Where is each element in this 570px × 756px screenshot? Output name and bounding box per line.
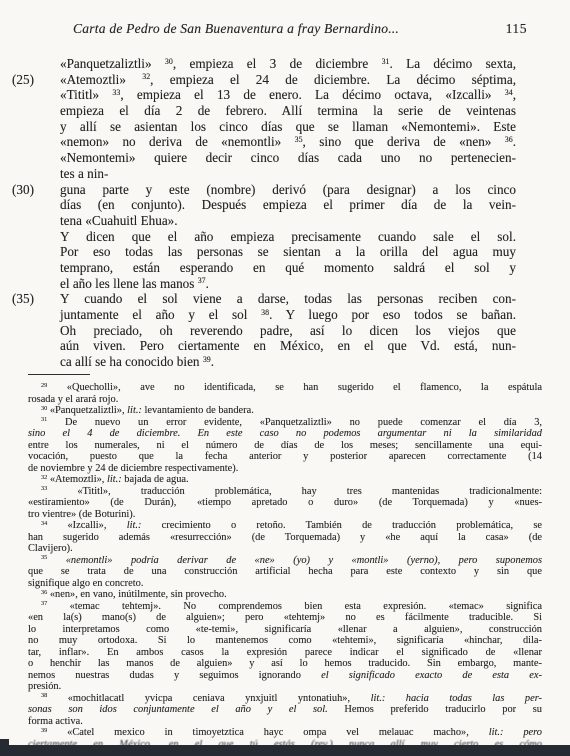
footnote-ref: 39 [41,727,47,734]
italic-text: sonas son idos conjuntamente el año y el… [28,704,328,715]
footnote-line: 38 «mochitlacatl yvicpa ceniava ynxjuitl… [28,693,542,705]
body-line: «Panquetzaliztli» 30, empieza el 3 de di… [60,56,516,72]
footnote-ref: 29 [41,382,47,389]
body-line: Y dicen que el año empieza precisamente … [60,229,516,245]
page-number: 115 [506,21,527,37]
body-line: «Tititl» 33, empieza el 13 de enero. La … [60,87,516,103]
footnotes-block: 29 «Quecholli», ave no identificada, se … [28,382,542,750]
footnote-ref: 34 [505,88,513,97]
footnote-line: lo interpretamos como «te-temi», signifi… [28,624,542,636]
footnote-line: sino el 4 de diciembre. En este caso no … [28,428,542,440]
body-line: «Nemontemi» quiere decir cinco días cada… [60,150,516,166]
body-line: temprano, están esperando en qué momento… [60,260,516,276]
footnote-line: 33 «Tititl», traducción problemática, ha… [28,486,542,498]
footnote-line: signifique algo en concreto. [28,578,542,590]
footnote-ref: 35 [41,554,47,561]
footnote-ref: 30 [41,405,47,412]
footnote-ref: 34 [41,520,47,527]
body-line: tena «Cuahuitl Ehua». [60,213,516,229]
footnote-line: 30 «Panquetzaliztli», lit.: levantamient… [28,405,542,417]
running-title: Carta de Pedro de San Buenaventura a fra… [60,21,399,37]
footnote-line: «estiramiento» (de Durán), «tiempo apret… [28,497,542,509]
footnote-ref: 38 [41,692,47,699]
footnote-line: 32 «Atemoztli», lit.: bajada de agua. [28,474,542,486]
margin-line-number: (25) [12,72,34,88]
footnote-line: sonas son idos conjuntamente el año y el… [28,704,542,716]
italic-text: sino el 4 de diciembre. En este caso no … [28,428,542,439]
footnote-line: entre los numerales, ni el número de día… [28,440,542,452]
margin-line-number: (35) [12,291,34,307]
body-line: «nemon» no deriva de «nemontli» 35, sino… [60,134,516,150]
body-text: «Panquetzaliztli» 30, empieza el 3 de di… [60,56,516,370]
footnote-ref: 30 [165,57,173,66]
footnote-ref: 37 [41,600,47,607]
footnote-line: tro vientre» (de Boturini). [28,509,542,521]
footnote-ref: 32 [41,474,47,481]
footnote-line: nemos nuestras dudas y seguimos ignorand… [28,670,542,682]
page-header: Carta de Pedro de San Buenaventura a fra… [60,21,527,37]
footnote-separator-rule [28,374,90,375]
footnote-ref: 31 [41,416,47,423]
scan-edge-notch [0,739,9,756]
italic-text: lit.: [371,693,386,704]
footnote-ref: 37 [198,276,206,285]
italic-text: «nemontli» podría derivar de «ne» (yo) y… [66,555,542,566]
italic-text: lit.: [127,405,142,416]
footnote-line: de noviembre y 24 de diciembre respectiv… [28,463,542,475]
footnote-line: o henchir las manos de alguien» y así lo… [28,658,542,670]
margin-line-number: (30) [12,182,34,198]
footnote-line: 34 «Izcalli», lit.: crecimiento o retoño… [28,520,542,532]
body-line: días (en conjunto). Después empieza el p… [60,197,516,213]
footnote-line: Clavijero). [28,543,542,555]
body-line: ca allí se ha conocido bien 39. [60,354,516,370]
footnote-line: 29 «Quecholli», ave no identificada, se … [28,382,542,394]
scan-edge-bar [0,745,570,756]
footnote-line: presión. [28,681,542,693]
body-line: Por eso todas las personas se sientan a … [60,244,516,260]
book-page: Carta de Pedro de San Buenaventura a fra… [0,0,570,756]
footnote-ref: 36 [41,589,47,596]
footnote-ref: 38 [261,308,269,317]
italic-text: lit.: [127,520,142,531]
footnote-line: «en la(s) mano(s) de alguien»; pero «teh… [28,612,542,624]
footnote-line: 37 «temac tehtemj». No comprendemos bien… [28,601,542,613]
footnote-ref: 36 [505,135,513,144]
footnote-line: no muy ortodoxa. Si lo mantenemos como «… [28,635,542,647]
italic-text: pero [523,727,542,738]
body-line: y allí se asientan los cinco días que se… [60,119,516,135]
body-line: tes a nin- [60,166,516,182]
footnote-line: han sugerido además «resurrección» (de T… [28,532,542,544]
footnote-line: forma activa. [28,716,542,728]
footnote-line: rosada y el arará rojo. [28,394,542,406]
body-line: (25)«Atemoztli» 32, empieza el 24 de dic… [60,72,516,88]
footnote-ref: 32 [142,72,150,81]
footnote-line: tar, inflar». En ambos casos la expresió… [28,647,542,659]
footnote-ref: 39 [203,355,211,364]
body-line: (30)guna parte y este (nombre) derivó (p… [60,182,516,198]
footnote-ref: 35 [295,135,303,144]
footnote-line: vocación, puesto que la fecha anterior y… [28,451,542,463]
footnote-ref: 33 [41,485,47,492]
body-line: el año les llene las manos 37. [60,276,516,292]
body-line: Oh preciado, oh reverendo padre, así lo … [60,323,516,339]
body-line: juntamente el año y el sol 38. Y luego p… [60,307,516,323]
italic-text: hacia todas las per- [406,693,542,704]
italic-text: lit.: [489,727,504,738]
body-line: (35)Y cuando el sol viene a darse, todas… [60,291,516,307]
footnote-line: que se trata de una construcción artific… [28,566,542,578]
body-line: aún viven. Pero ciertamente en México, e… [60,338,516,354]
footnote-line: 35 «nemontli» podría derivar de «ne» (yo… [28,555,542,567]
footnote-line: 36 «nen», en vano, inútilmente, sin prov… [28,589,542,601]
footnote-ref: 31 [382,57,390,66]
footnote-line: 31 De nuevo un error evidente, «Panquetz… [28,417,542,429]
footnote-ref: 33 [112,88,120,97]
body-line: empieza el día 2 de febrero. Allí termin… [60,103,516,119]
italic-text: el significado exacto de esta ex- [321,670,542,681]
footnote-line: 39 «Catel mexico in timoyetztica hayc om… [28,727,542,739]
italic-text: lit.: [107,474,122,485]
